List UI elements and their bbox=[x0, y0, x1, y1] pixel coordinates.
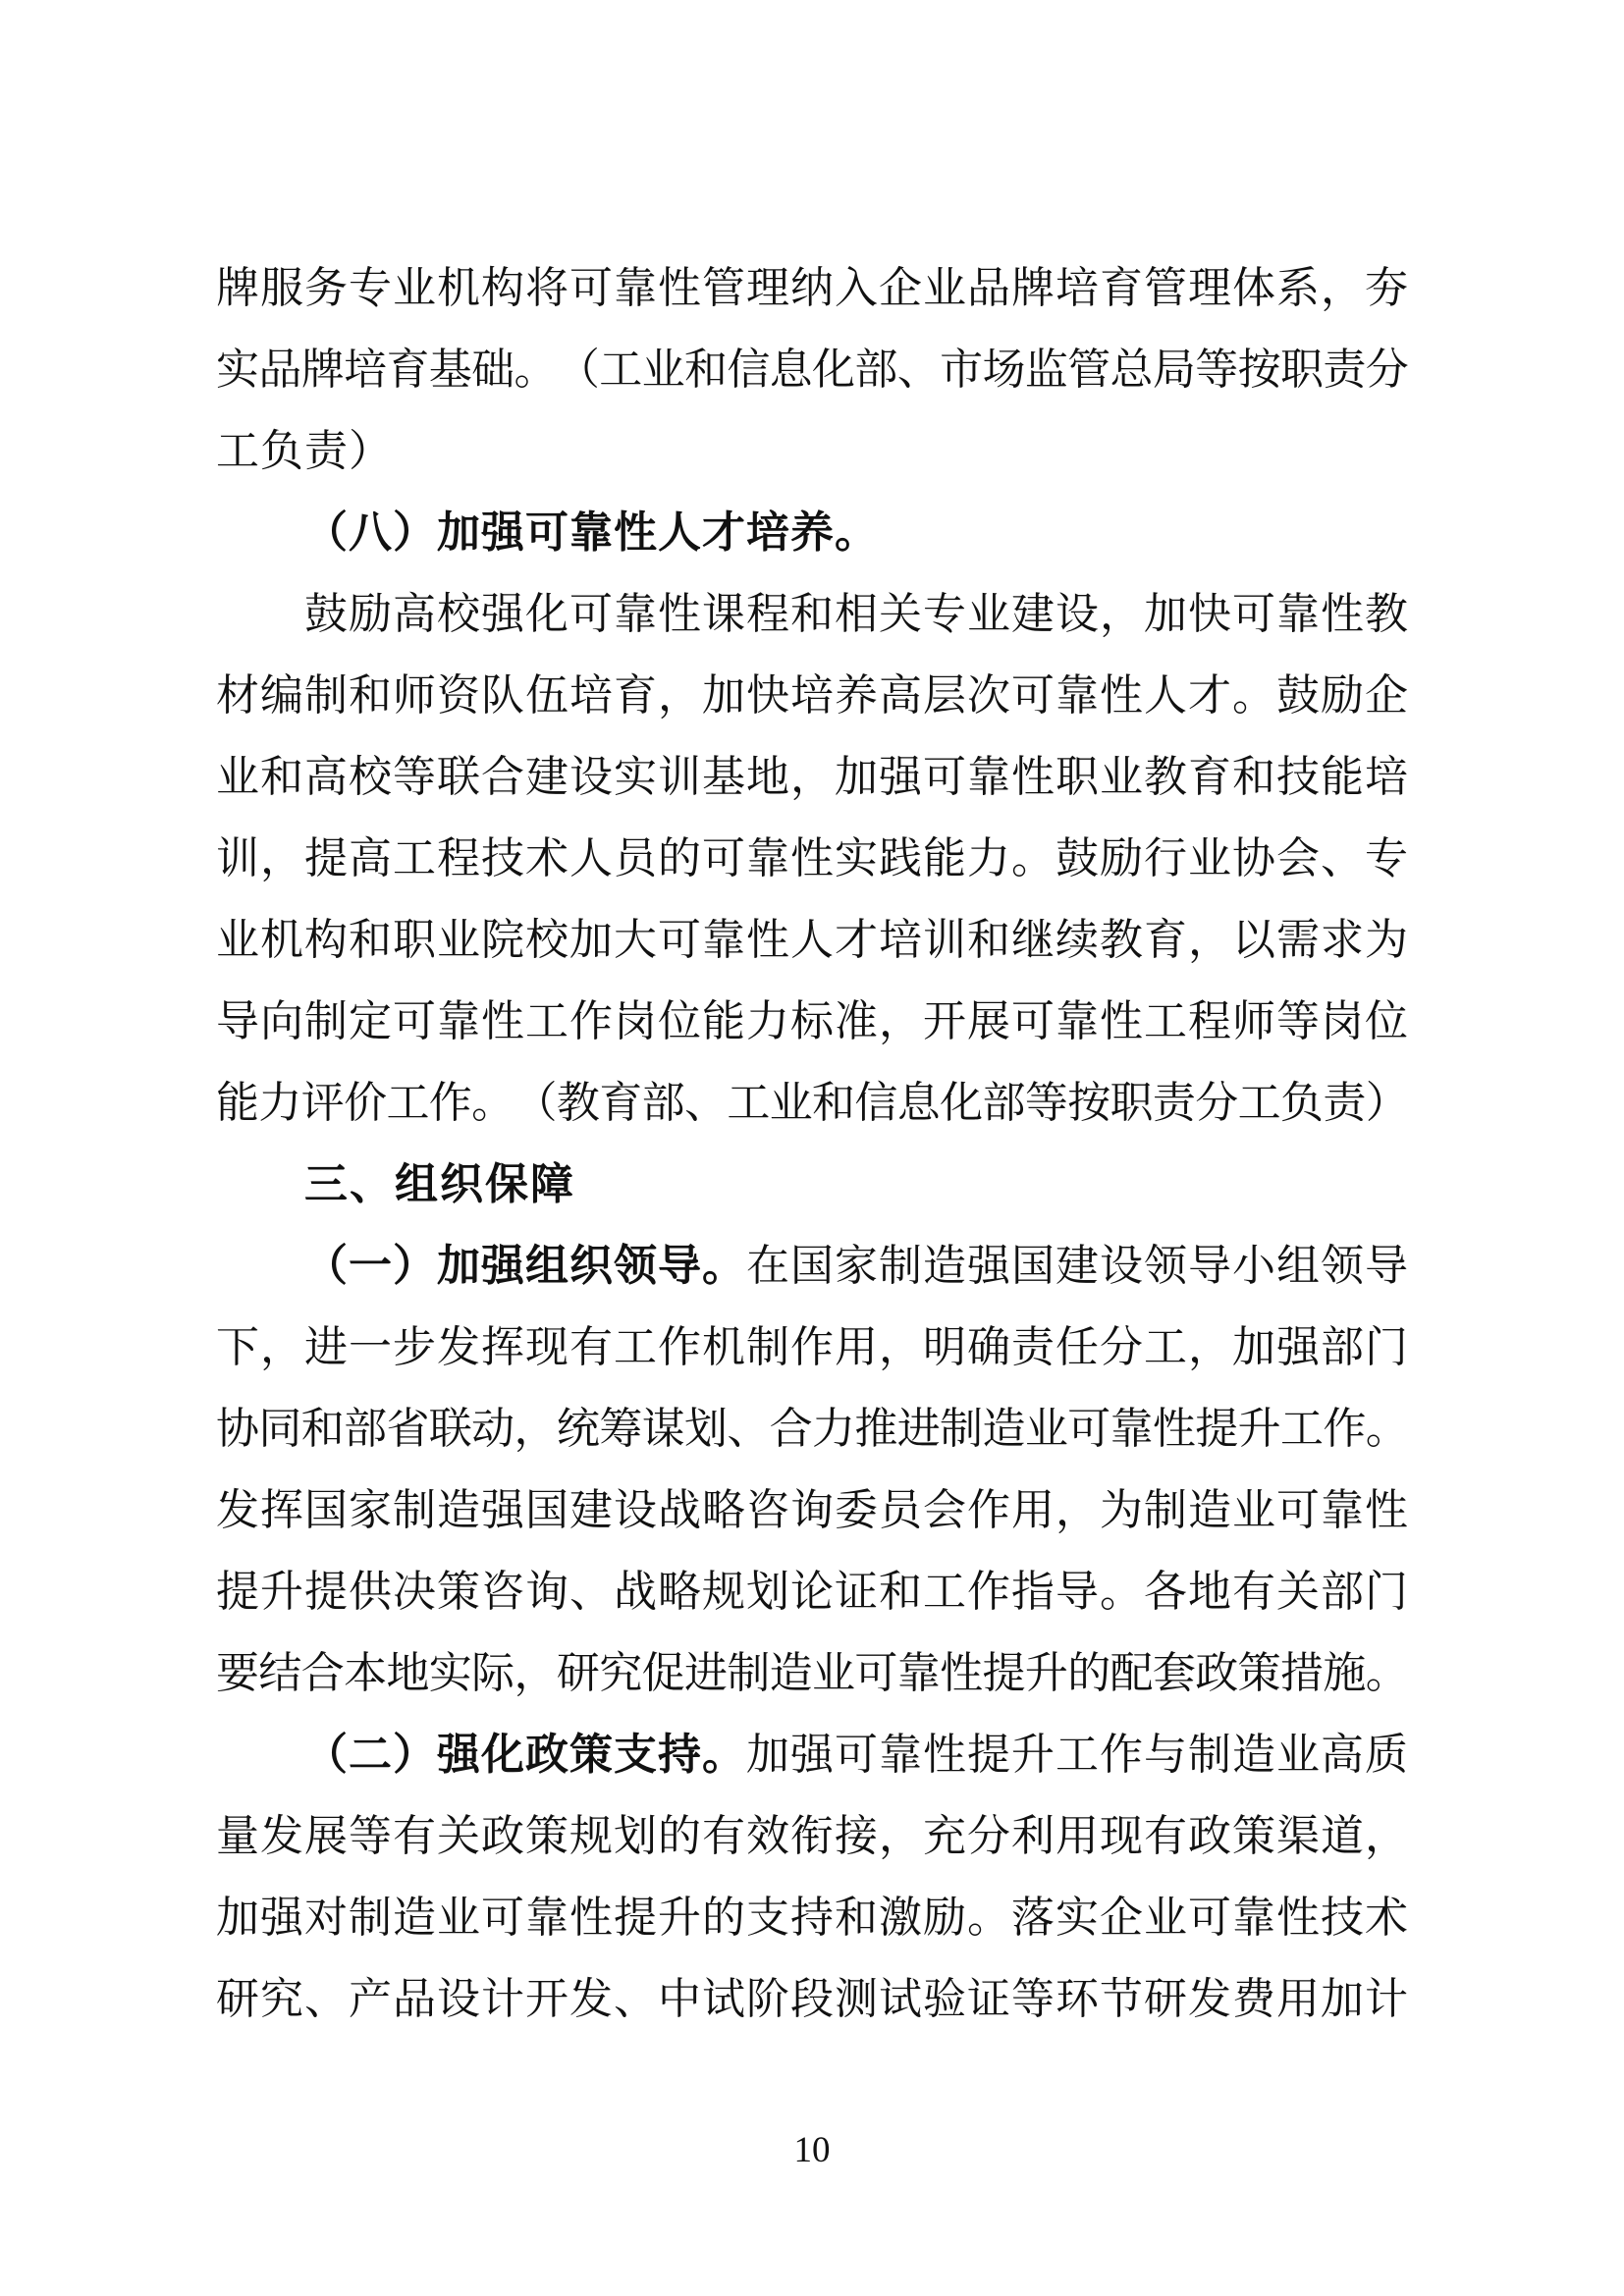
text-line: 加强对制造业可靠性提升的支持和激励。落实企业可靠性技术 bbox=[216, 1877, 1408, 1958]
text-line: 提升提供决策咨询、战略规划论证和工作指导。各地有关部门 bbox=[216, 1551, 1408, 1632]
text-block: 牌服务专业机构将可靠性管理纳入企业品牌培育管理体系，夯实品牌培育基础。（工业和信… bbox=[216, 247, 1408, 2040]
text-line: 业机构和职业院校加大可靠性人才培训和继续教育，以需求为 bbox=[216, 899, 1408, 981]
text-line: 发挥国家制造强国建设战略咨询委员会作用，为制造业可靠性 bbox=[216, 1469, 1408, 1551]
text-line: 下，进一步发挥现有工作机制作用，明确责任分工，加强部门 bbox=[216, 1307, 1408, 1388]
text-line: （二）强化政策支持。加强可靠性提升工作与制造业高质 bbox=[216, 1714, 1408, 1795]
text-line: 研究、产品设计开发、中试阶段测试验证等环节研发费用加计 bbox=[216, 1958, 1408, 2040]
text-line: 牌服务专业机构将可靠性管理纳入企业品牌培育管理体系，夯 bbox=[216, 247, 1408, 329]
text-line: 材编制和师资队伍培育，加快培养高层次可靠性人才。鼓励企 bbox=[216, 655, 1408, 736]
text-line: 能力评价工作。（教育部、工业和信息化部等按职责分工负责） bbox=[216, 1062, 1408, 1144]
text-line: 业和高校等联合建设实训基地，加强可靠性职业教育和技能培 bbox=[216, 736, 1408, 818]
text-line: 要结合本地实际，研究促进制造业可靠性提升的配套政策措施。 bbox=[216, 1632, 1408, 1714]
text-line: 训，提高工程技术人员的可靠性实践能力。鼓励行业协会、专 bbox=[216, 818, 1408, 899]
text-line: 导向制定可靠性工作岗位能力标准，开展可靠性工程师等岗位 bbox=[216, 981, 1408, 1062]
text-line: 量发展等有关政策规划的有效衔接，充分利用现有政策渠道， bbox=[216, 1795, 1408, 1877]
text-line: 协同和部省联动，统筹谋划、合力推进制造业可靠性提升工作。 bbox=[216, 1388, 1408, 1469]
page-number: 10 bbox=[0, 2123, 1624, 2178]
heading-line: （八）加强可靠性人才培养。 bbox=[216, 492, 1408, 573]
heading-line: 三、组织保障 bbox=[216, 1144, 1408, 1225]
text-line: 鼓励高校强化可靠性课程和相关专业建设，加快可靠性教 bbox=[216, 573, 1408, 655]
text-line: 工负责） bbox=[216, 410, 1408, 492]
document-page: 牌服务专业机构将可靠性管理纳入企业品牌培育管理体系，夯实品牌培育基础。（工业和信… bbox=[0, 0, 1624, 2296]
text-line: （一）加强组织领导。在国家制造强国建设领导小组领导 bbox=[216, 1225, 1408, 1307]
text-line: 实品牌培育基础。（工业和信息化部、市场监管总局等按职责分 bbox=[216, 329, 1408, 410]
